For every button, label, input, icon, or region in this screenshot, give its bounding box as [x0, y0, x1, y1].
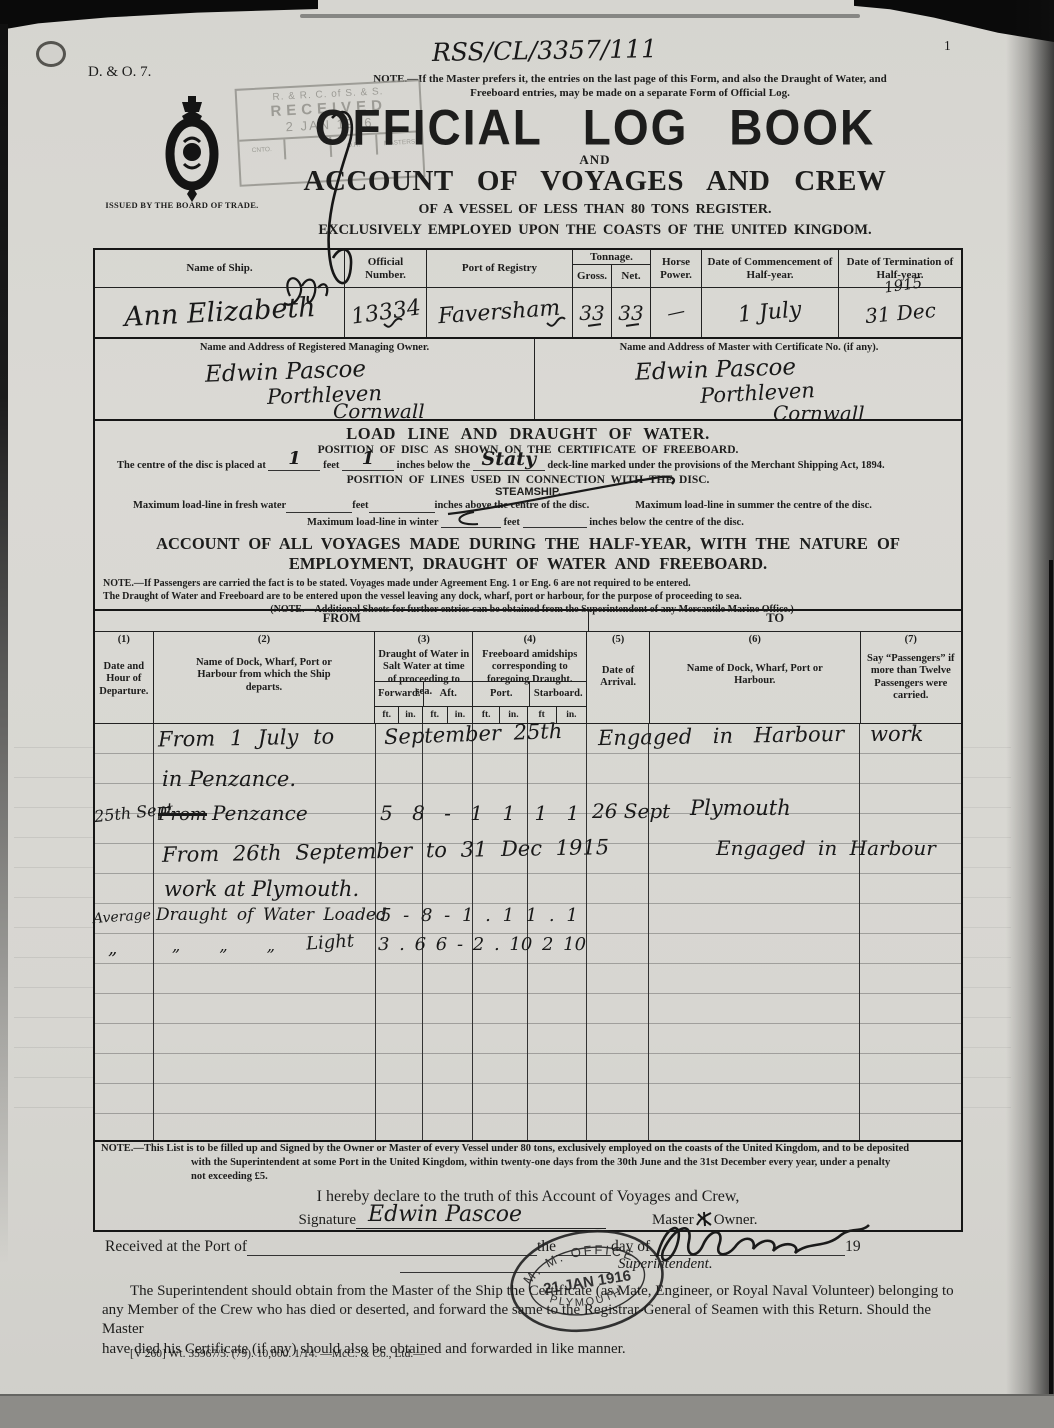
voyage-table-header: (1) Date and Hour of Departure. (2) Name…	[95, 632, 961, 724]
vessel-line: OF A VESSEL OF LESS THAN 80 TONS REGISTE…	[250, 202, 940, 218]
owner-header: Name and Address of Registered Managing …	[95, 339, 534, 353]
master-cell: Name and Address of Master with Certific…	[535, 339, 963, 419]
entry-r3-arrival-port: Plymouth	[690, 796, 791, 820]
entry-r3-arrival-date: 26 Sept	[592, 799, 670, 823]
account-heading-line2: EMPLOYMENT, DRAUGHT OF WATER AND FREEBOA…	[95, 554, 961, 574]
pen-stroke	[440, 468, 690, 530]
scan-edge-top-left	[0, 0, 318, 30]
header-tonnage: Tonnage. Gross. Net.	[573, 250, 651, 288]
disc-feet-blank: 1	[268, 458, 320, 471]
account-heading-line1: ACCOUNT OF ALL VOYAGES MADE DURING THE H…	[95, 534, 961, 554]
col5-number: (5)	[587, 632, 649, 647]
header-horse-power: Horse Power.	[651, 250, 702, 288]
entry-r7-values: 3 . 6 6 - 2 . 10 2 10	[378, 934, 586, 955]
col3-number: (3)	[375, 632, 472, 647]
entry-r4-employment: Engaged in Harbour	[716, 836, 936, 860]
value-horse-power: —	[665, 300, 687, 324]
unit-ft: ft.	[423, 707, 448, 724]
fresh-feet-label: feet	[352, 500, 368, 513]
subtitle: ACCOUNT OF VOYAGES AND CREW	[250, 165, 940, 198]
voyage-table: FROM TO (1) Date and Hour of Departure. …	[95, 609, 961, 1140]
margin-ruled-lines-left	[14, 718, 93, 1134]
starboard-label: Starboard.	[530, 682, 586, 706]
col4-label: Freeboard amidships corresponding to for…	[473, 647, 586, 687]
para-line1: The Superintendent should obtain from th…	[102, 1282, 958, 1301]
value-gross-tonnage: 33	[579, 301, 604, 325]
tonnage-label: Tonnage.	[573, 250, 650, 265]
entry-r7-light: Light	[305, 930, 354, 954]
owner-cell: Name and Address of Registered Managing …	[95, 339, 535, 419]
col6-number: (6)	[650, 632, 860, 647]
ship-registry-table: Name of Ship. Official Number. Port of R…	[95, 250, 961, 339]
gross-label: Gross.	[573, 265, 612, 287]
entry-r6-label: Draught of Water Loaded	[156, 905, 387, 925]
disc-inches-blank: 1	[342, 458, 394, 471]
forward-label: Forward.	[375, 682, 424, 706]
bottom-note-line2: with the Superintendent at some Port in …	[191, 1156, 957, 1170]
account-note2: The Draught of Water and Freeboard are t…	[103, 590, 961, 603]
superintendent-signature	[645, 1205, 885, 1275]
scanned-log-book-page: RSS/CL/3357/111 1 D. & O. 7. NOTE.—If th…	[0, 0, 1054, 1428]
feet-label: feet	[323, 460, 339, 471]
col2-label: Name of Dock, Wharf, Port or Harbour fro…	[154, 647, 375, 695]
col4-header: (4) Freeboard amidships corresponding to…	[473, 632, 587, 723]
bottom-note-line3: not exceeding £5.	[191, 1170, 957, 1184]
declaration-text: I hereby declare to the truth of this Ac…	[95, 1188, 961, 1206]
entry-r5-place: work at Plymouth.	[164, 877, 359, 901]
scan-edge-bottom	[0, 1394, 1054, 1428]
value-commencement: 1 July	[737, 297, 802, 327]
unit-in: in.	[399, 707, 423, 724]
disc-pre-text: The centre of the disc is placed at	[117, 460, 266, 471]
deck-word-value: Staty	[481, 448, 536, 470]
fresh-pre-text: Maximum load-line in fresh water	[133, 500, 286, 513]
form-code: D. & O. 7.	[88, 64, 151, 81]
master-header: Name and Address of Master with Certific…	[535, 339, 963, 353]
owner-master-table: Name and Address of Registered Managing …	[95, 339, 961, 421]
received-port-blank	[247, 1239, 537, 1256]
entry-r6-values: 5 - 8 - 1 . 1 1 . 1	[380, 905, 578, 926]
account-note3: (NOTE.—Additional Sheets for further ent…	[103, 603, 961, 616]
value-termination: 31 Dec	[864, 297, 937, 327]
scan-edge-right-line	[1049, 560, 1053, 1394]
disc-inches-value: 1	[362, 448, 375, 469]
value-net-tonnage: 33	[618, 301, 643, 325]
received-pre-text: Received at the Port of	[105, 1238, 247, 1256]
signature-label: Signature	[299, 1212, 357, 1229]
signature-line: Edwin Pascoe	[356, 1208, 606, 1229]
fresh-inches-blank	[369, 500, 435, 513]
col1-number: (1)	[95, 632, 153, 647]
margin-ruled-lines-right	[963, 718, 1011, 1134]
entry-r7-ditto-marks: „ „ „	[172, 936, 275, 955]
fresh-feet-blank	[286, 500, 352, 513]
col5-header: (5) Date of Arrival.	[587, 632, 650, 723]
archive-reference-number: RSS/CL/3357/111	[432, 34, 657, 67]
coasts-line: EXCLUSIVELY EMPLOYED UPON THE COASTS OF …	[200, 222, 990, 239]
port-label: Port.	[473, 682, 530, 706]
entry-r1-employment: Engaged in Harbour	[598, 722, 845, 750]
header-name-of-ship: Name of Ship.	[95, 250, 345, 288]
entry-r3-draught-freeboard: 5 8 - 1 1 1 1	[380, 801, 579, 825]
scan-edge-top-right	[854, 0, 1054, 42]
entry-r3-struck-word: From	[158, 804, 207, 825]
punch-hole	[36, 41, 66, 67]
header-official-number: Official Number.	[345, 250, 427, 288]
col7-label: Say “Passengers” if more than Twelve Pas…	[861, 647, 961, 703]
disc-feet-value: 1	[288, 448, 301, 469]
entry-r1-departure: From 1 July to	[158, 724, 335, 751]
pen-tick-icon	[382, 316, 404, 330]
unit-ft: ft.	[375, 707, 399, 724]
entry-r3-from-port: Penzance	[212, 801, 308, 825]
load-line-heading: LOAD LINE AND DRAUGHT OF WATER.	[95, 421, 961, 444]
pen-tick-icon	[545, 315, 567, 329]
entry-r2-place: in Penzance.	[162, 767, 296, 791]
col5-label: Date of Arrival.	[587, 647, 649, 690]
col6-header: (6) Name of Dock, Wharf, Port or Harbour…	[650, 632, 861, 723]
main-title: OFFICIAL LOG BOOK	[250, 98, 940, 156]
board-of-trade-crest-icon	[158, 94, 226, 202]
page-number: 1	[944, 38, 951, 54]
col1-label: Date and Hour of Departure.	[95, 647, 153, 699]
col6-label: Name of Dock, Wharf, Port or Harbour.	[650, 647, 860, 688]
entry-r1-work: work	[870, 722, 923, 746]
master-signature: Edwin Pascoe	[368, 1202, 522, 1227]
scan-edge-top	[300, 14, 860, 18]
value-port-of-registry: Faversham	[438, 296, 562, 329]
winter-pre-text: Maximum load-line in winter	[307, 517, 438, 528]
col7-number: (7)	[861, 632, 961, 647]
col4-number: (4)	[473, 632, 586, 647]
net-label: Net.	[612, 265, 650, 287]
account-note1: NOTE.—If Passengers are carried the fact…	[103, 577, 961, 590]
col3-header: (3) Draught of Water in Salt Water at ti…	[375, 632, 473, 723]
header-commencement: Date of Commencement of Half-year.	[702, 250, 839, 288]
scan-edge-right	[1006, 0, 1054, 1394]
col1-header: (1) Date and Hour of Departure.	[95, 632, 154, 723]
scan-edge-left	[0, 24, 8, 1264]
col7-header: (7) Say “Passengers” if more than Twelve…	[861, 632, 961, 723]
col2-header: (2) Name of Dock, Wharf, Port or Harbour…	[154, 632, 376, 723]
aft-label: Aft.	[424, 682, 472, 706]
entry-r7-ditto1: „	[108, 938, 117, 959]
owner-address-line3: Cornwall	[333, 399, 425, 423]
header-port-of-registry: Port of Registry	[427, 250, 573, 288]
col2-number: (2)	[154, 632, 375, 647]
bottom-note-line1: NOTE.—This List is to be filled up and S…	[101, 1142, 957, 1156]
printer-imprint: [V 260] Wt. 35967/3. (79). 10,000. 1/14.…	[130, 1348, 425, 1360]
para-line2: any Member of the Crew who has died or d…	[102, 1301, 958, 1339]
value-name-of-ship: Ann Elizabeth	[123, 292, 316, 333]
